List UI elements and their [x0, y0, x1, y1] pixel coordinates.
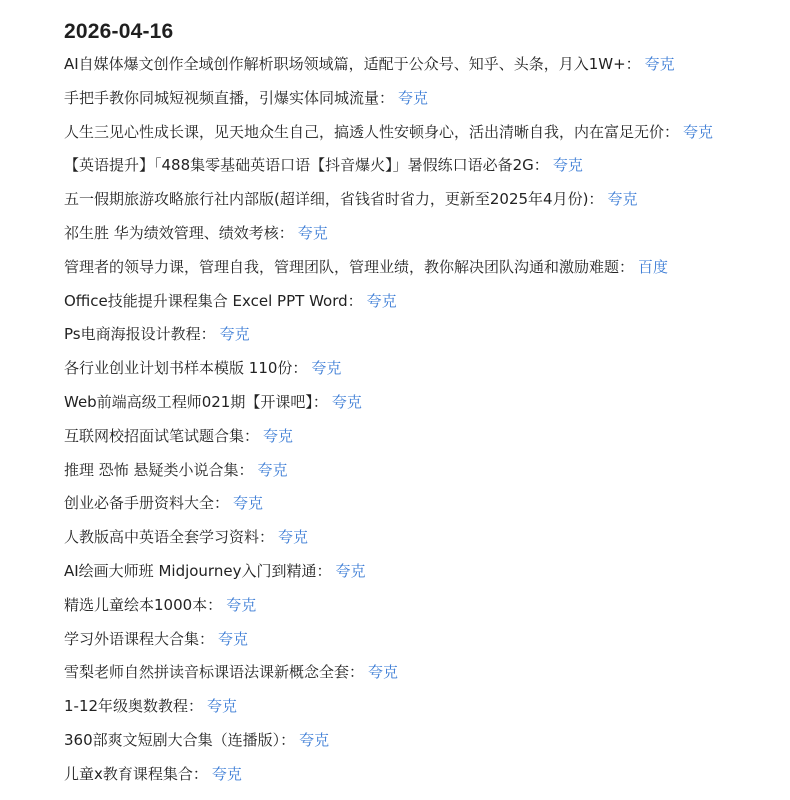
resource-link[interactable]: 夸克 — [298, 224, 328, 242]
resource-list: AI自媒体爆文创作全域创作解析职场领域篇，适配于公众号、知乎、头条，月入1W+：… — [64, 48, 790, 792]
resource-link[interactable]: 夸克 — [220, 325, 250, 343]
resource-link[interactable]: 夸克 — [207, 697, 237, 715]
list-item: Ps电商海报设计教程：夸克 — [64, 318, 790, 352]
list-item: 管理者的领导力课，管理自我，管理团队，管理业绩，教你解决团队沟通和激励难题：百度 — [64, 251, 790, 285]
resource-link[interactable]: 夸克 — [212, 765, 242, 783]
list-item: 人生三见心性成长课，见天地众生自己，搞透人性安顿身心，活出清晰自我，内在富足无价… — [64, 116, 790, 150]
list-item: 祁生胜 华为绩效管理、绩效考核：夸克 — [64, 217, 790, 251]
list-item: 【英语提升】「488集零基础英语口语【抖音爆火】」暑假练口语必备2G：夸克 — [64, 149, 790, 183]
resource-title: Ps电商海报设计教程： — [64, 325, 216, 343]
resource-link[interactable]: 夸克 — [299, 731, 329, 749]
resource-link[interactable]: 百度 — [638, 258, 668, 276]
resource-title: 雪梨老师自然拼读音标课语法课新概念全套： — [64, 663, 364, 681]
resource-link[interactable]: 夸克 — [645, 55, 675, 73]
list-item: AI自媒体爆文创作全域创作解析职场领域篇，适配于公众号、知乎、头条，月入1W+：… — [64, 48, 790, 82]
resource-title: 推理 恐怖 悬疑类小说合集： — [64, 461, 254, 479]
list-item: AI绘画大师班 Midjourney入门到精通：夸克 — [64, 555, 790, 589]
resource-link[interactable]: 夸克 — [398, 89, 428, 107]
resource-link[interactable]: 夸克 — [263, 427, 293, 445]
list-item: 互联网校招面试笔试题合集：夸克 — [64, 420, 790, 454]
list-item: 儿童x教育课程集合：夸克 — [64, 758, 790, 792]
list-item: 精选儿童绘本1000本：夸克 — [64, 589, 790, 623]
resource-title: 360部爽文短剧大合集（连播版）： — [64, 731, 295, 749]
resource-link[interactable]: 夸克 — [226, 596, 256, 614]
list-item: 手把手教你同城短视频直播，引爆实体同城流量：夸克 — [64, 82, 790, 116]
list-item: 人教版高中英语全套学习资料：夸克 — [64, 521, 790, 555]
resource-link[interactable]: 夸克 — [278, 528, 308, 546]
resource-link[interactable]: 夸克 — [311, 359, 341, 377]
list-item: 360部爽文短剧大合集（连播版）：夸克 — [64, 724, 790, 758]
list-item: 雪梨老师自然拼读音标课语法课新概念全套：夸克 — [64, 656, 790, 690]
resource-link[interactable]: 夸克 — [335, 562, 365, 580]
resource-link[interactable]: 夸克 — [332, 393, 362, 411]
resource-link[interactable]: 夸克 — [233, 494, 263, 512]
resource-title: 各行业创业计划书样本模版 110份： — [64, 359, 307, 377]
resource-link[interactable]: 夸克 — [218, 630, 248, 648]
resource-list-page: 2026-04-16 AI自媒体爆文创作全域创作解析职场领域篇，适配于公众号、知… — [0, 0, 790, 792]
resource-title: 祁生胜 华为绩效管理、绩效考核： — [64, 224, 294, 242]
resource-title: 学习外语课程大合集： — [64, 630, 214, 648]
resource-title: 儿童x教育课程集合： — [64, 765, 208, 783]
resource-title: AI绘画大师班 Midjourney入门到精通： — [64, 562, 331, 580]
resource-title: 【英语提升】「488集零基础英语口语【抖音爆火】」暑假练口语必备2G： — [64, 156, 549, 174]
resource-title: 1-12年级奥数教程： — [64, 697, 203, 715]
list-item: 推理 恐怖 悬疑类小说合集：夸克 — [64, 454, 790, 488]
resource-title: Office技能提升课程集合 Excel PPT Word： — [64, 292, 363, 310]
resource-title: 创业必备手册资料大全： — [64, 494, 229, 512]
resource-link[interactable]: 夸克 — [368, 663, 398, 681]
resource-title: 人生三见心性成长课，见天地众生自己，搞透人性安顿身心，活出清晰自我，内在富足无价… — [64, 123, 679, 141]
resource-title: 人教版高中英语全套学习资料： — [64, 528, 274, 546]
list-item: 1-12年级奥数教程：夸克 — [64, 690, 790, 724]
resource-title: 管理者的领导力课，管理自我，管理团队，管理业绩，教你解决团队沟通和激励难题： — [64, 258, 634, 276]
list-item: Web前端高级工程师021期【开课吧】：夸克 — [64, 386, 790, 420]
resource-title: 互联网校招面试笔试题合集： — [64, 427, 259, 445]
list-item: 各行业创业计划书样本模版 110份：夸克 — [64, 352, 790, 386]
list-item: Office技能提升课程集合 Excel PPT Word：夸克 — [64, 285, 790, 319]
resource-link[interactable]: 夸克 — [258, 461, 288, 479]
resource-link[interactable]: 夸克 — [607, 190, 637, 208]
resource-link[interactable]: 夸克 — [553, 156, 583, 174]
date-heading: 2026-04-16 — [64, 16, 790, 48]
resource-title: 五一假期旅游攻略旅行社内部版(超详细，省钱省时省力，更新至2025年4月份)： — [64, 190, 603, 208]
resource-link[interactable]: 夸克 — [367, 292, 397, 310]
list-item: 五一假期旅游攻略旅行社内部版(超详细，省钱省时省力，更新至2025年4月份)：夸… — [64, 183, 790, 217]
resource-title: 手把手教你同城短视频直播，引爆实体同城流量： — [64, 89, 394, 107]
list-item: 创业必备手册资料大全：夸克 — [64, 487, 790, 521]
resource-link[interactable]: 夸克 — [683, 123, 713, 141]
resource-title: 精选儿童绘本1000本： — [64, 596, 222, 614]
list-item: 学习外语课程大合集：夸克 — [64, 623, 790, 657]
resource-title: Web前端高级工程师021期【开课吧】： — [64, 393, 328, 411]
resource-title: AI自媒体爆文创作全域创作解析职场领域篇，适配于公众号、知乎、头条，月入1W+： — [64, 55, 641, 73]
